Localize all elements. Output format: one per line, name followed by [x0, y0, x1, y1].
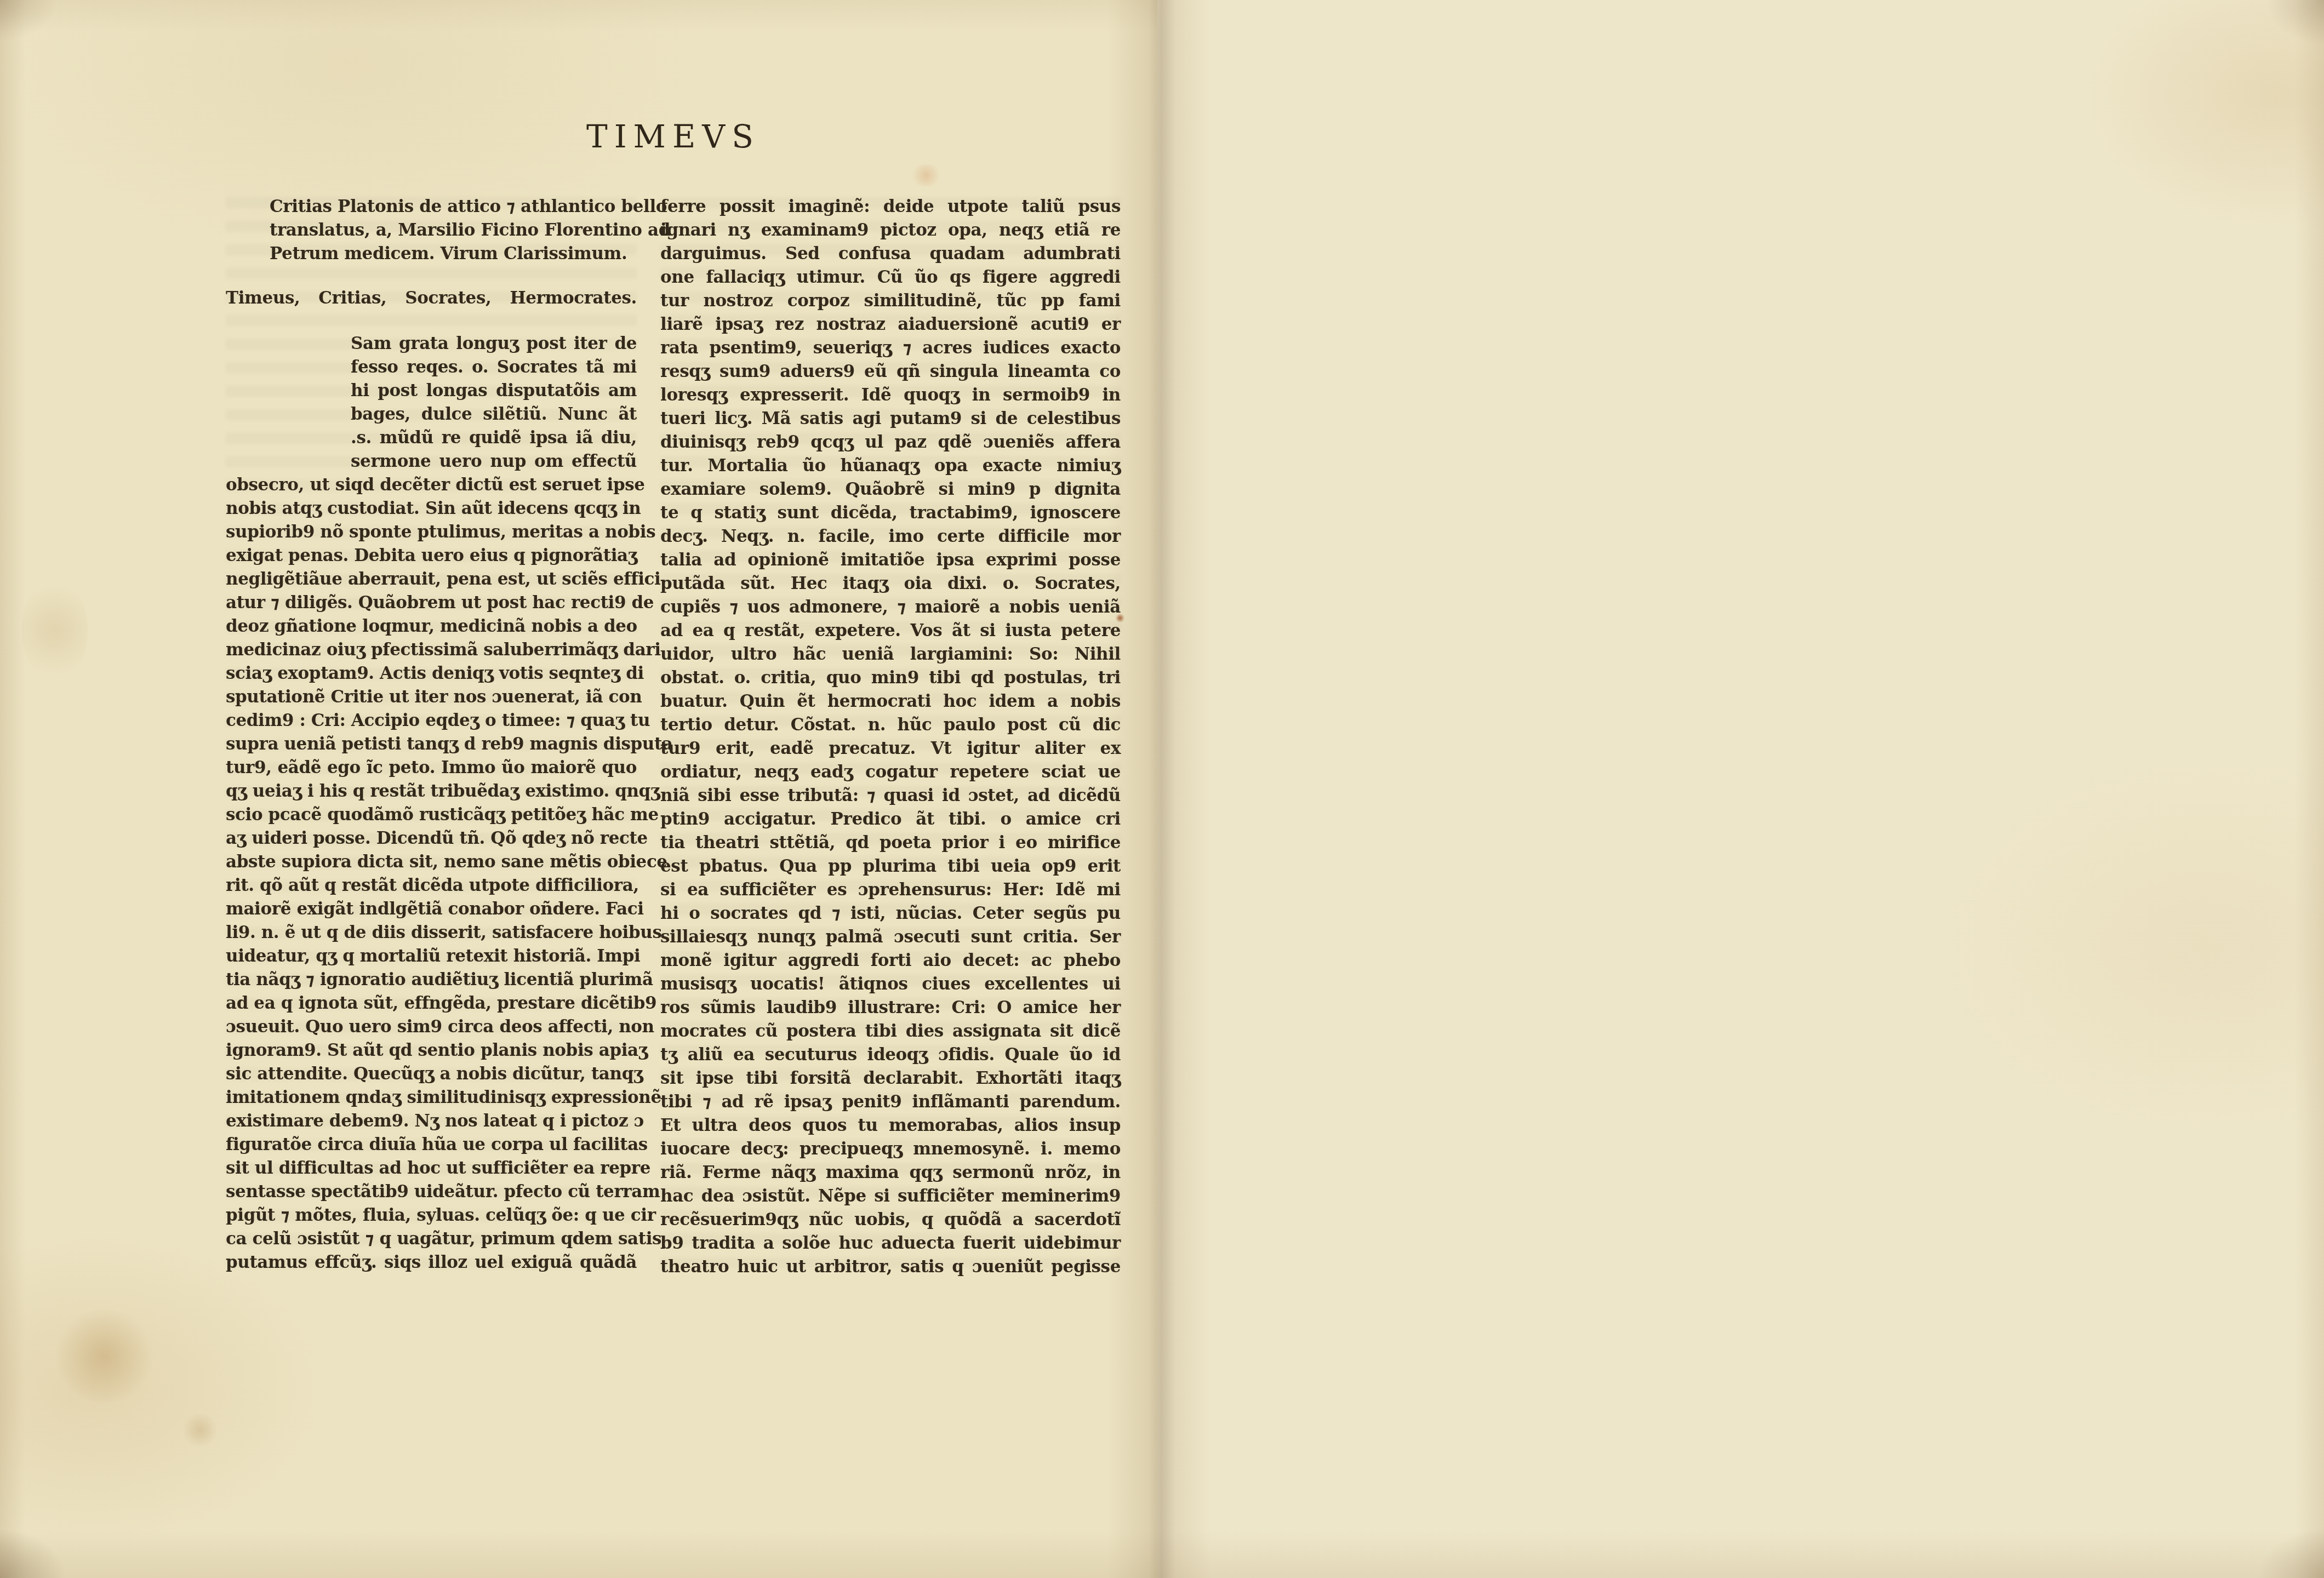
- text-line: monẽ igitur aggredi forti aio decet: ac …: [660, 949, 1121, 973]
- left-page: TIMEVS Critias Platonis de attico ⁊ athl…: [0, 0, 1157, 1578]
- text-line: liarẽ ipsaʒ rez nostraz aiaduersionẽ acu…: [660, 313, 1121, 336]
- text-line: existimare debem9. Nʒ nos lateat q i pic…: [226, 1110, 637, 1133]
- text-line: ad ea q restãt, expetere. Vos ãt si iust…: [660, 619, 1121, 643]
- opening-indented-block: Sam grata longuʒ post iter defesso reqes…: [226, 332, 637, 473]
- text-line: ordiatur, neqʒ eadʒ cogatur repetere sci…: [660, 761, 1121, 784]
- text-line: sic attendite. Quecũqʒ a nobis dicũtur, …: [226, 1062, 637, 1086]
- text-line: examiare solem9. Quãobrẽ si min9 p digni…: [660, 478, 1121, 501]
- text-line: ca celũ ɔsistũt ⁊ q uagãtur, primum qdem…: [226, 1227, 637, 1251]
- text-line: sit ul difficultas ad hoc ut sufficiẽter…: [226, 1157, 637, 1180]
- text-line: cedim9 : Cri: Accipio eqdeʒ o timee: ⁊ q…: [226, 709, 637, 733]
- text-line: li9. n. ẽ ut q de diis disserit, satisfa…: [226, 921, 637, 945]
- text-line: sputationẽ Critie ut iter nos ɔuenerat, …: [226, 685, 637, 709]
- text-line: bages, dulce silẽtiũ. Nunc ãt: [351, 403, 637, 426]
- text-line: diuinisqʒ reb9 qcqʒ ul paz qdẽ ɔueniẽs a…: [660, 431, 1121, 454]
- text-line: uidor, ultro hãc ueniã largiamini: So: N…: [660, 643, 1121, 666]
- text-line: atur ⁊ diligẽs. Quãobrem ut post hac rec…: [226, 591, 637, 615]
- speakers-line: Timeus, Critias, Socrates, Hermocrates.: [226, 287, 637, 310]
- text-line: Critias Platonis de attico ⁊ athlantico …: [270, 195, 637, 219]
- running-title-left: TIMEVS: [226, 118, 1121, 155]
- text-line: maiorẽ exigãt indlgẽtiã conabor oñdere. …: [226, 897, 637, 921]
- text-line: ros sũmis laudib9 illustrare: Cri: O ami…: [660, 996, 1121, 1020]
- text-line: riã. Ferme nãqʒ maxima qqʒ sermonũ nrõz,…: [660, 1161, 1121, 1185]
- right-page: TIMEVS Hoc itaqʒ iam agendũ neqʒ ultra c…: [1157, 0, 2324, 1578]
- text-line: resqʒ sum9 aduers9 eũ qñ singula lineamt…: [660, 360, 1121, 384]
- text-line: cupiẽs ⁊ uos admonere, ⁊ maiorẽ a nobis …: [660, 596, 1121, 619]
- text-line: tur9, eãdẽ ego ĩc peto. Immo ũo maiorẽ q…: [226, 756, 637, 780]
- text-line: talia ad opinionẽ imitatiõe ipsa exprimi…: [660, 548, 1121, 572]
- text-line: tia nãqʒ ⁊ ignoratio audiẽtiuʒ licentiã …: [226, 968, 637, 992]
- text-line: abste supiora dicta sit, nemo sane mẽtis…: [226, 850, 637, 874]
- text-line: est pbatus. Qua pp plurima tibi ueia op9…: [660, 855, 1121, 878]
- text-line: tia theatri sttẽtiã, qd poeta prior i eo…: [660, 831, 1121, 855]
- text-line: buatur. Quin ẽt hermocrati hoc idem a no…: [660, 690, 1121, 713]
- text-line: deoz gñatione loqmur, medicinã nobis a d…: [226, 615, 637, 638]
- text-line: uideatur, qʒ q mortaliũ retexit historiã…: [226, 945, 637, 968]
- text-line: Petrum medicem. Virum Clarissimum.: [270, 242, 637, 266]
- text-line: tur. Mortalia ũo hũanaqʒ opa exacte nimi…: [660, 454, 1121, 478]
- text-line: ptin9 accigatur. Predico ãt tibi. o amic…: [660, 808, 1121, 831]
- text-line: .s. mũdũ re quidẽ ipsa iã diu,: [351, 426, 637, 450]
- text-line: exigat penas. Debita uero eius q pignorã…: [226, 544, 637, 568]
- text-line: mocrates cũ postera tibi dies assignata …: [660, 1020, 1121, 1043]
- text-line: tibi ⁊ ad rẽ ipsaʒ penit9 inflãmanti par…: [660, 1090, 1121, 1114]
- text-line: obsecro, ut siqd decẽter dictũ est serue…: [226, 473, 637, 497]
- text-line: darguimus. Sed confusa quadam adumbrati: [660, 242, 1121, 266]
- text-line: medicinaz oiuʒ pfectissimã saluberrimãqʒ…: [226, 638, 637, 662]
- text-line: niã sibi esse tributã: ⁊ quasi id ɔstet,…: [660, 784, 1121, 808]
- text-line: aʒ uideri posse. Dicendũ tñ. Qõ qdeʒ nõ …: [226, 827, 637, 850]
- text-line: tur nostroz corpoz similitudinẽ, tũc pp …: [660, 289, 1121, 313]
- text-line: ignari nʒ examinam9 pictoz opa, neqʒ eti…: [660, 219, 1121, 242]
- text-line: translatus, a, Marsilio Ficino Florentin…: [270, 219, 637, 242]
- text-line: supra ueniã petisti tanqʒ d reb9 magnis …: [226, 733, 637, 756]
- foxing-stain: [910, 164, 943, 186]
- text-line: sermone uero nup om effectũ: [351, 450, 637, 473]
- text-line: negligẽtiãue aberrauit, pena est, ut sci…: [226, 568, 637, 591]
- text-line: rata psentim9, seueriqʒ ⁊ acres iudices …: [660, 336, 1121, 360]
- text-line: obstat. o. critia, quo min9 tibi qd post…: [660, 666, 1121, 690]
- text-line: b9 tradita a solõe huc aduecta fuerit ui…: [660, 1232, 1121, 1255]
- text-line: scio pcacẽ quodãmõ rusticãqʒ petitõeʒ hã…: [226, 803, 637, 827]
- text-line: figuratõe circa diuĩa hũa ue corpa ul fa…: [226, 1133, 637, 1157]
- text-line: rit. qõ aũt q restãt dicẽda utpote diffi…: [226, 874, 637, 897]
- foxing-stain: [181, 1414, 219, 1447]
- text-line: one fallaciqʒ utimur. Cũ ũo qs figere ag…: [660, 266, 1121, 289]
- text-line: musisqʒ uocatis! ãtiqnos ciues excellent…: [660, 973, 1121, 996]
- text-line: ferre possit imaginẽ: deide utpote taliũ…: [660, 195, 1121, 219]
- text-column-2: ferre possit imaginẽ: deide utpote taliũ…: [660, 195, 1121, 1279]
- text-line: supiorib9 nõ sponte ptulimus, meritas a …: [226, 521, 637, 544]
- text-line: putãda sũt. Hec itaqʒ oia dixi. o. Socra…: [660, 572, 1121, 596]
- text-line: hi post longas disputatõis am: [351, 379, 637, 403]
- text-line: putamus effcũʒ. siqs illoz uel exiguã qu…: [226, 1251, 637, 1274]
- text-column-1: Critias Platonis de attico ⁊ athlantico …: [226, 195, 637, 1274]
- text-line: ɔsueuit. Quo uero sim9 circa deos affect…: [226, 1015, 637, 1039]
- text-line: imitationem qndaʒ similitudinisqʒ expres…: [226, 1086, 637, 1110]
- foxing-stain: [52, 1310, 156, 1403]
- foxing-stain: [22, 575, 88, 685]
- text-line: loresqʒ expresserit. Idẽ quoqʒ in sermoi…: [660, 384, 1121, 407]
- text-line: sentasse spectãtib9 uideãtur. pfecto cũ …: [226, 1180, 637, 1204]
- column1-body-text: obsecro, ut siqd decẽter dictũ est serue…: [226, 473, 637, 1274]
- text-line: ignoram9. St aũt qd sentio planis nobis …: [226, 1039, 637, 1062]
- text-line: nobis atqʒ custodiat. Sin aũt idecens qc…: [226, 497, 637, 521]
- text-line: pigũt ⁊ mõtes, fluia, syluas. celũqʒ õe:…: [226, 1204, 637, 1227]
- text-line: theatro huic ut arbitror, satis q ɔueniũ…: [660, 1255, 1121, 1279]
- text-line: te q statiʒ sunt dicẽda, tractabim9, ign…: [660, 501, 1121, 525]
- text-line: fesso reqes. o. Socrates tã mi: [351, 356, 637, 379]
- text-line: tertio detur. Cõstat. n. hũc paulo post …: [660, 713, 1121, 737]
- text-line: sciaʒ exoptam9. Actis deniqʒ votis seqnt…: [226, 662, 637, 685]
- text-line: recẽsuerim9qʒ nũc uobis, q quõdã a sacer…: [660, 1208, 1121, 1232]
- text-line: tʒ aliũ ea secuturus ideoqʒ ɔfidis. Qual…: [660, 1043, 1121, 1067]
- incipit-title: Critias Platonis de attico ⁊ athlantico …: [226, 195, 637, 266]
- text-line: sit ipse tibi forsitã declarabit. Exhort…: [660, 1067, 1121, 1090]
- text-line: Sam grata longuʒ post iter de: [351, 332, 637, 356]
- text-line: hac dea ɔsistũt. Nẽpe si sufficiẽter mem…: [660, 1185, 1121, 1208]
- text-line: tur9 erit, eadẽ precatuz. Vt igitur alit…: [660, 737, 1121, 761]
- text-line: si ea sufficiẽter es ɔprehensurus: Her: …: [660, 878, 1121, 902]
- text-line: qʒ ueiaʒ i his q restãt tribuẽdaʒ existi…: [226, 780, 637, 803]
- text-line: iuocare decʒ: precipueqʒ mnemosynẽ. i. m…: [660, 1137, 1121, 1161]
- text-line: ad ea q ignota sũt, effngẽda, prestare d…: [226, 992, 637, 1015]
- text-line: decʒ. Neqʒ. n. facile, imo certe diffici…: [660, 525, 1121, 548]
- text-line: hi o socrates qd ⁊ isti, nũcias. Ceter s…: [660, 902, 1121, 925]
- text-line: tueri licʒ. Mã satis agi putam9 si de ce…: [660, 407, 1121, 431]
- text-line: Et ultra deos quos tu memorabas, alios i…: [660, 1114, 1121, 1137]
- text-line: sillaiesqʒ nunqʒ palmã ɔsecuti sunt crit…: [660, 925, 1121, 949]
